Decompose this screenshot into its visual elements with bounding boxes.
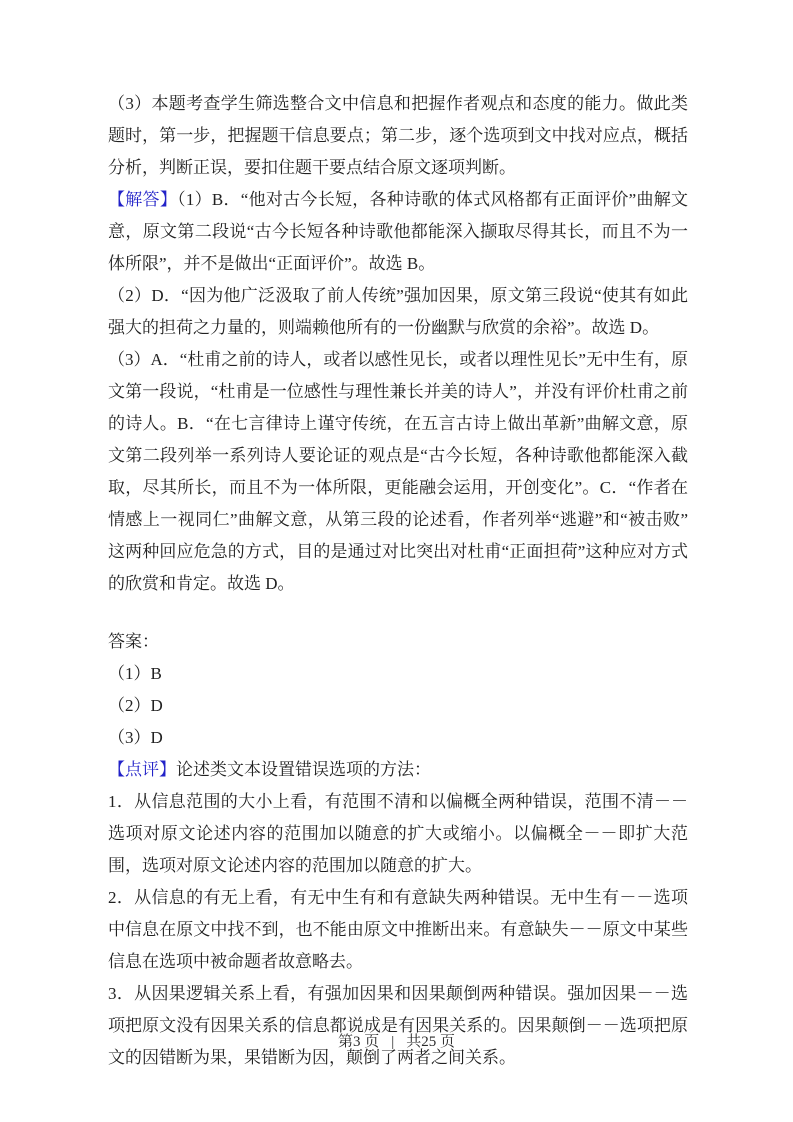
answer-line-1: （1）B	[108, 658, 688, 690]
paragraph-text: （1）B．“他对古今长短，各种诗歌的体式风格都有正面评价”曲解文意，原文第二段说…	[108, 190, 688, 273]
answer-line-2: （2）D	[108, 690, 688, 722]
answers-heading: 答案：	[108, 626, 688, 658]
footer-total-pages: 共25 页	[406, 1034, 455, 1050]
method-item-2: 2．从信息的有无上看，有无中生有和有意缺失两种错误。无中生有－－选项中信息在原文…	[108, 882, 688, 978]
method-item-3: 3．从因果逻辑关系上看，有强加因果和因果颠倒两种错误。强加因果－－选项把原文没有…	[108, 978, 688, 1074]
paragraph-text: 答案：	[108, 632, 159, 651]
blank-line	[108, 600, 688, 626]
section-label: 【解答】	[108, 190, 177, 209]
section-label: 【点评】	[108, 760, 176, 779]
dianping-paragraph: 【点评】论述类文本设置错误选项的方法：	[108, 754, 688, 786]
jieda-paragraph-1: 【解答】（1）B．“他对古今长短，各种诗歌的体式风格都有正面评价”曲解文意，原文…	[108, 184, 688, 280]
paragraph-text: （1）B	[108, 664, 162, 683]
paragraph-text: （3）D	[108, 728, 163, 747]
jieda-paragraph-2: （2）D．“因为他广泛汲取了前人传统”强加因果，原文第三段说“使其有如此强大的担…	[108, 280, 688, 344]
answer-line-3: （3）D	[108, 722, 688, 754]
paragraph-text: （2）D．“因为他广泛汲取了前人传统”强加因果，原文第三段说“使其有如此强大的担…	[108, 286, 688, 337]
footer-current-page: 第3 页	[338, 1034, 379, 1050]
paragraph-text: （3）A．“杜甫之前的诗人，或者以感性见长，或者以理性见长”无中生有，原文第一段…	[108, 350, 688, 593]
paragraph-text: 3．从因果逻辑关系上看，有强加因果和因果颠倒两种错误。强加因果－－选项把原文没有…	[108, 984, 688, 1067]
document-content: （3）本题考查学生筛选整合文中信息和把握作者观点和态度的能力。做此类题时，第一步…	[108, 88, 688, 1074]
footer-separator: |	[391, 1034, 394, 1051]
paragraph-text: 2．从信息的有无上看，有无中生有和有意缺失两种错误。无中生有－－选项中信息在原文…	[108, 888, 688, 971]
paragraph-text: （2）D	[108, 696, 163, 715]
document-page: （3）本题考查学生筛选整合文中信息和把握作者观点和态度的能力。做此类题时，第一步…	[0, 0, 793, 1122]
page-footer: 第3 页|共25 页	[0, 1030, 793, 1051]
method-item-1: 1．从信息范围的大小上看，有范围不清和以偏概全两种错误，范围不清－－选项对原文论…	[108, 786, 688, 882]
paragraph-text: （3）本题考查学生筛选整合文中信息和把握作者观点和态度的能力。做此类题时，第一步…	[108, 94, 688, 177]
jieda-paragraph-3: （3）A．“杜甫之前的诗人，或者以感性见长，或者以理性见长”无中生有，原文第一段…	[108, 344, 688, 600]
paragraph-text: 1．从信息范围的大小上看，有范围不清和以偏概全两种错误，范围不清－－选项对原文论…	[108, 792, 688, 875]
paragraph-text: 论述类文本设置错误选项的方法：	[176, 760, 431, 779]
analysis-paragraph-3: （3）本题考查学生筛选整合文中信息和把握作者观点和态度的能力。做此类题时，第一步…	[108, 88, 688, 184]
